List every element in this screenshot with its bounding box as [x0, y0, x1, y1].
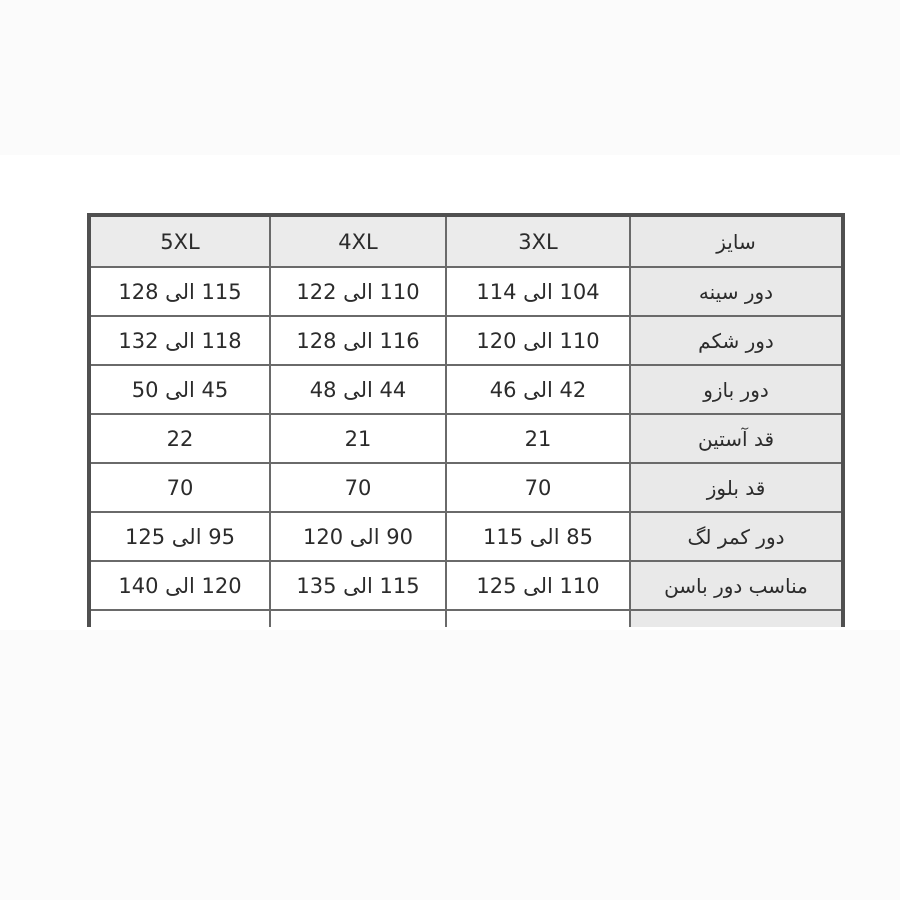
row-label: دور بازو [630, 365, 841, 414]
cell-4xl: 70 [270, 463, 446, 512]
cell-3xl: 104 الی 114 [446, 267, 630, 316]
cell-5xl: 22 [91, 414, 270, 463]
cell-4xl: 44 الی 48 [270, 365, 446, 414]
row-label: دور کمر لگ [630, 512, 841, 561]
table-row-legging-waist: 95 الی 125 90 الی 120 85 الی 115 دور کمر… [91, 512, 841, 561]
cell-5xl: 118 الی 132 [91, 316, 270, 365]
row-label: مناسب دور باسن [630, 561, 841, 610]
table-row-arm: 45 الی 50 44 الی 48 42 الی 46 دور بازو [91, 365, 841, 414]
row-label: دور شکم [630, 316, 841, 365]
cell-4xl: 90 الی 120 [270, 512, 446, 561]
table-row-hip-fit: 120 الی 140 115 الی 135 110 الی 125 مناس… [91, 561, 841, 610]
row-label: قد آستین [630, 414, 841, 463]
table-row-belly: 118 الی 132 116 الی 128 110 الی 120 دور … [91, 316, 841, 365]
cutoff-cell [91, 610, 270, 627]
header-size-label: سایز [630, 217, 841, 267]
row-label: دور سینه [630, 267, 841, 316]
cell-3xl: 110 الی 120 [446, 316, 630, 365]
header-size-3xl: 3XL [446, 217, 630, 267]
cutoff-cell [630, 610, 841, 627]
header-size-5xl: 5XL [91, 217, 270, 267]
table-row-blouse-length: 70 70 70 قد بلوز [91, 463, 841, 512]
cutoff-cell [270, 610, 446, 627]
header-size-4xl: 4XL [270, 217, 446, 267]
header-row: 5XL 4XL 3XL سایز [91, 217, 841, 267]
cell-4xl: 110 الی 122 [270, 267, 446, 316]
cell-3xl: 70 [446, 463, 630, 512]
size-chart-table: 5XL 4XL 3XL سایز 115 الی 128 110 الی 122… [87, 213, 845, 627]
table-row-sleeve-length: 22 21 21 قد آستین [91, 414, 841, 463]
cell-4xl: 21 [270, 414, 446, 463]
cell-3xl: 110 الی 125 [446, 561, 630, 610]
cell-3xl: 42 الی 46 [446, 365, 630, 414]
cell-5xl: 95 الی 125 [91, 512, 270, 561]
cutoff-cell [446, 610, 630, 627]
cell-5xl: 120 الی 140 [91, 561, 270, 610]
table-row-chest: 115 الی 128 110 الی 122 104 الی 114 دور … [91, 267, 841, 316]
row-label: قد بلوز [630, 463, 841, 512]
cell-5xl: 70 [91, 463, 270, 512]
cell-5xl: 115 الی 128 [91, 267, 270, 316]
cell-4xl: 116 الی 128 [270, 316, 446, 365]
cell-5xl: 45 الی 50 [91, 365, 270, 414]
cell-4xl: 115 الی 135 [270, 561, 446, 610]
table-row-cutoff [91, 610, 841, 627]
cell-3xl: 85 الی 115 [446, 512, 630, 561]
cell-3xl: 21 [446, 414, 630, 463]
